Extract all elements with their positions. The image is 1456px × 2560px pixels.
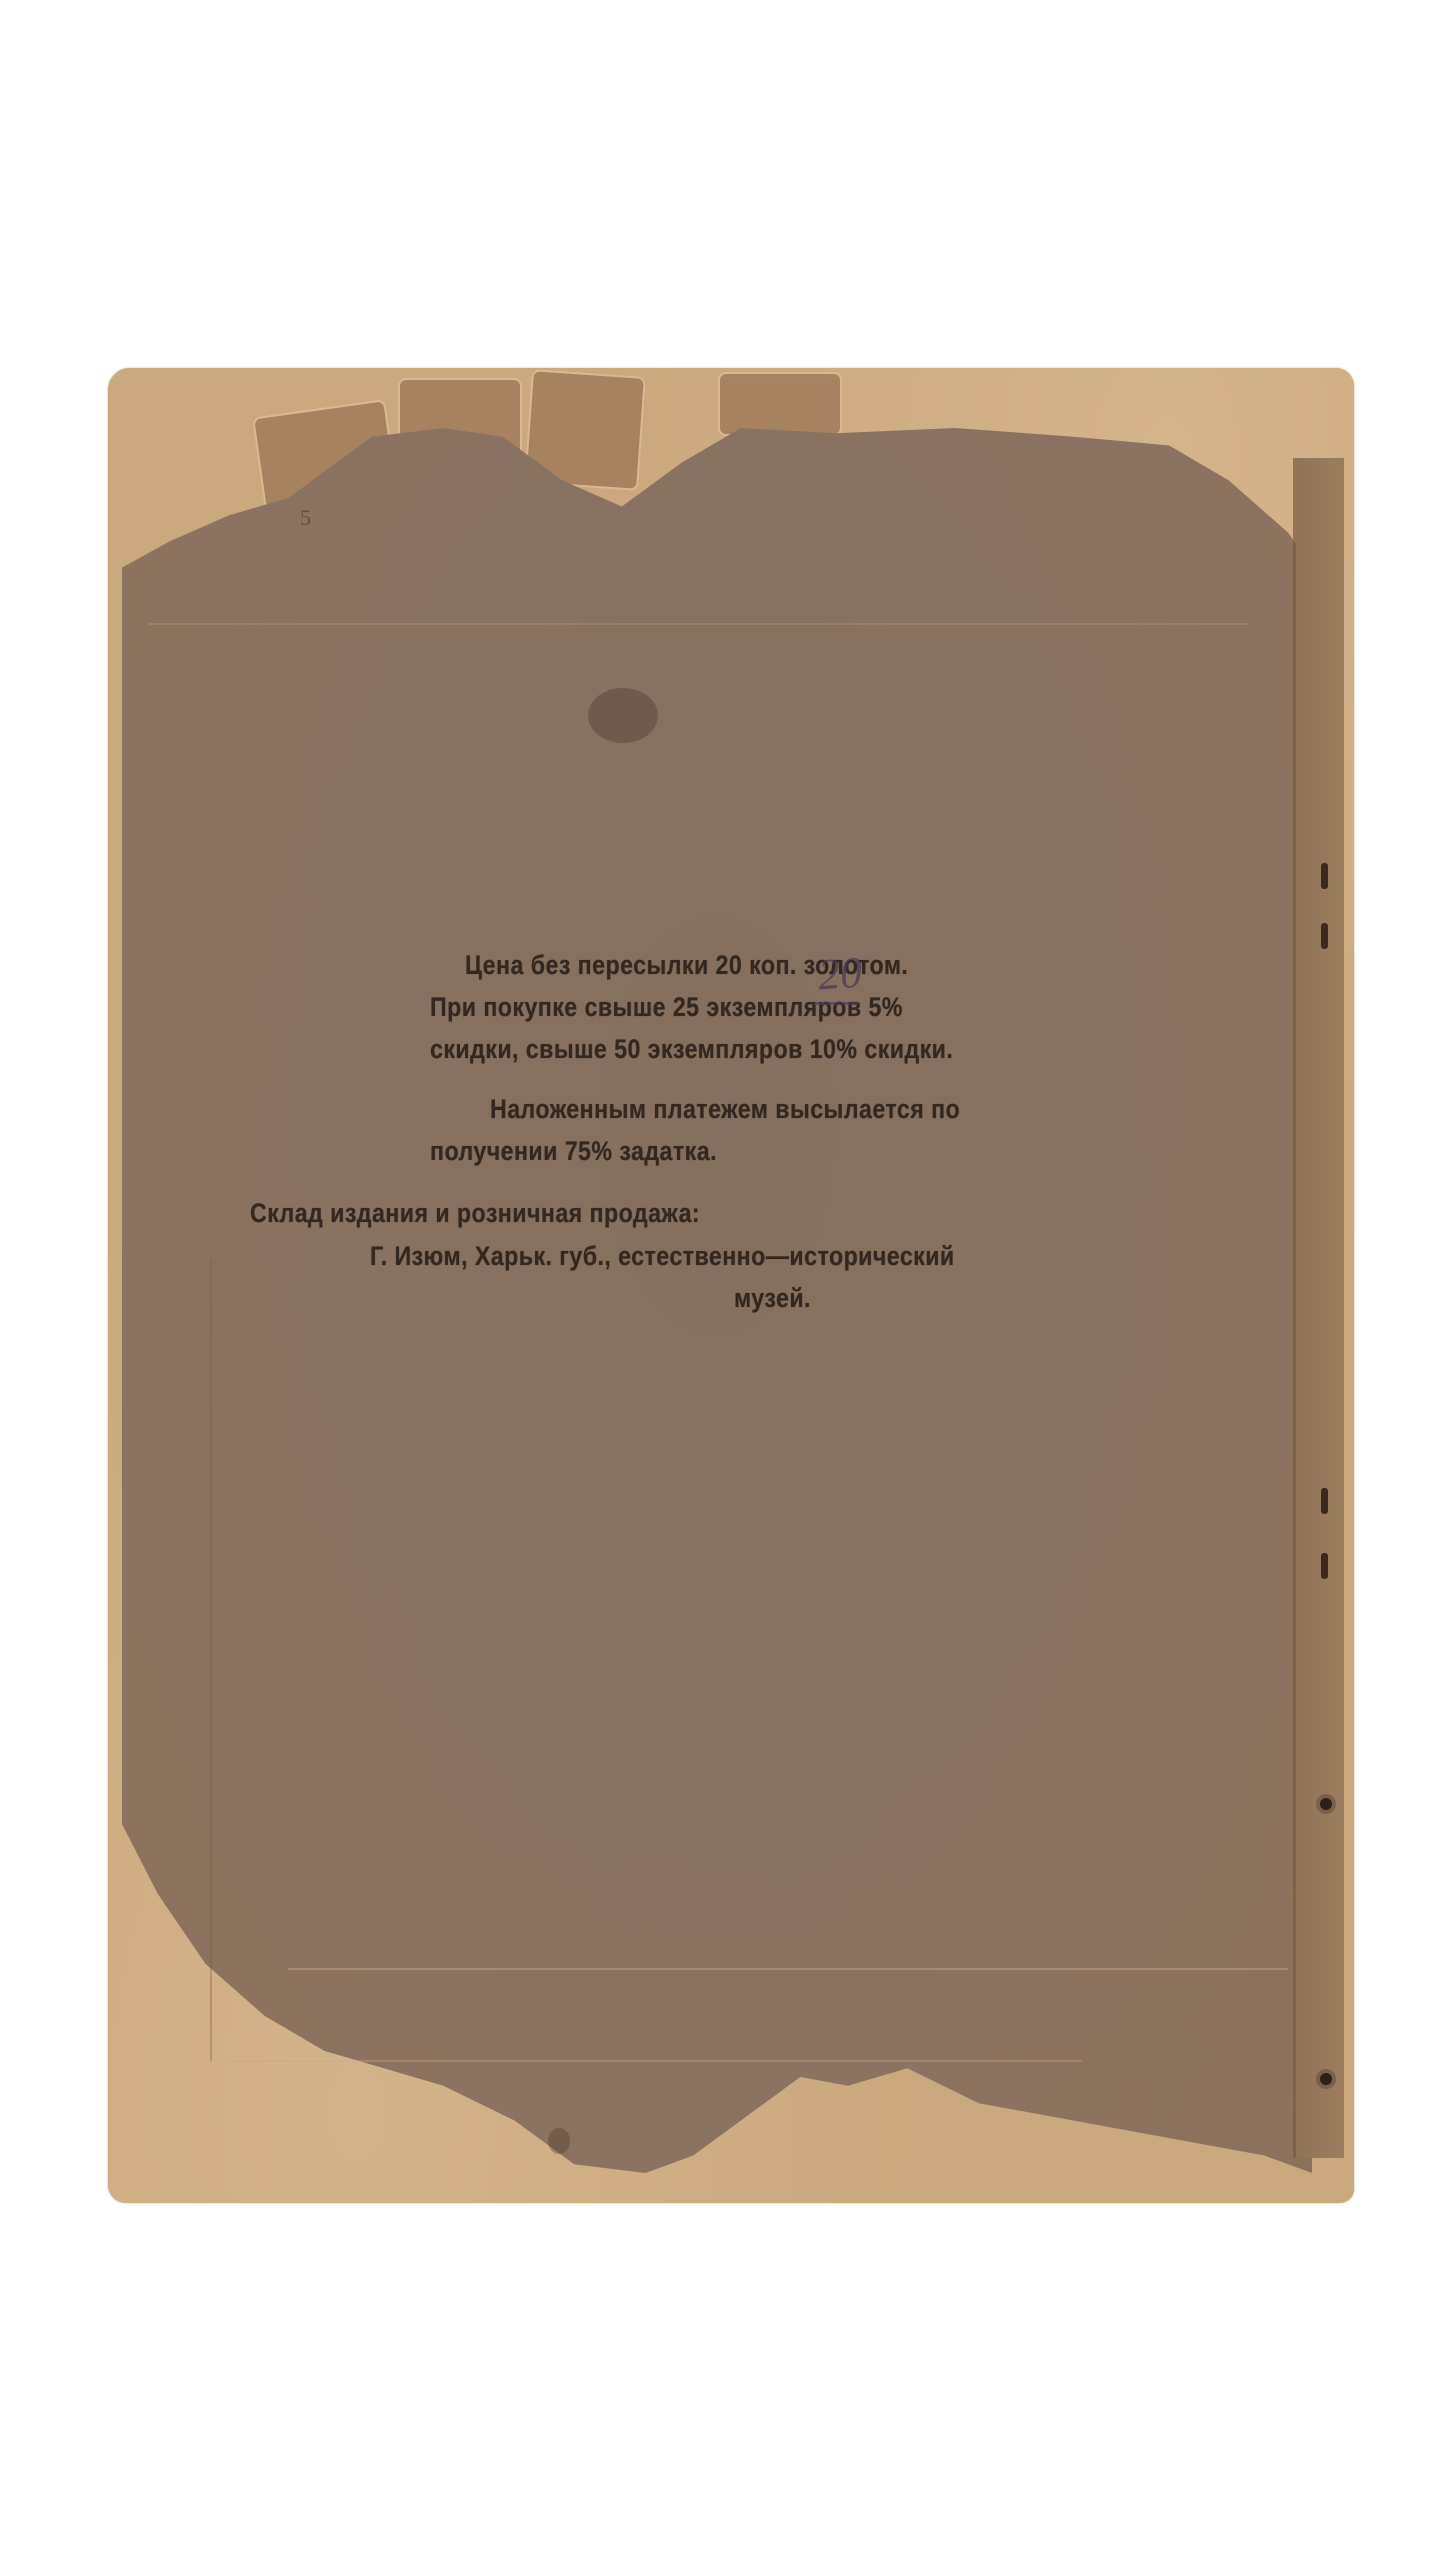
binding-hole-icon	[1320, 2073, 1332, 2085]
cod-line-1: Наложенным платежем высылается по	[490, 1094, 960, 1125]
cod-line-2: получении 75% задатка.	[430, 1136, 717, 1167]
staple-icon	[1321, 923, 1328, 949]
remaining-cover-layer	[122, 428, 1312, 2173]
crease	[288, 1968, 1288, 1970]
handwritten-underline	[814, 1002, 860, 1005]
binding-hole-icon	[1320, 1798, 1332, 1810]
warehouse-address: Г. Изюм, Харьк. губ., естественно—истори…	[370, 1241, 955, 1272]
peeled-patch	[718, 372, 842, 436]
spine-strip	[1296, 458, 1344, 2158]
warehouse-heading: Склад издания и розничная продажа:	[250, 1198, 700, 1229]
stain	[588, 688, 658, 743]
spine-fold	[1293, 458, 1296, 2158]
discount-line-2: скидки, свыше 50 экземпляров 10% скидки.	[430, 1034, 953, 1065]
crease	[148, 623, 1248, 625]
handwritten-price: 20	[816, 947, 863, 1001]
book-back-cover	[108, 368, 1354, 2203]
staple-icon	[1321, 1553, 1328, 1579]
staple-icon	[1321, 1488, 1328, 1514]
corner-mark: 5	[300, 505, 311, 531]
staple-icon	[1321, 863, 1328, 889]
warehouse-address-cont: музей.	[734, 1283, 811, 1314]
stain	[548, 2128, 570, 2154]
